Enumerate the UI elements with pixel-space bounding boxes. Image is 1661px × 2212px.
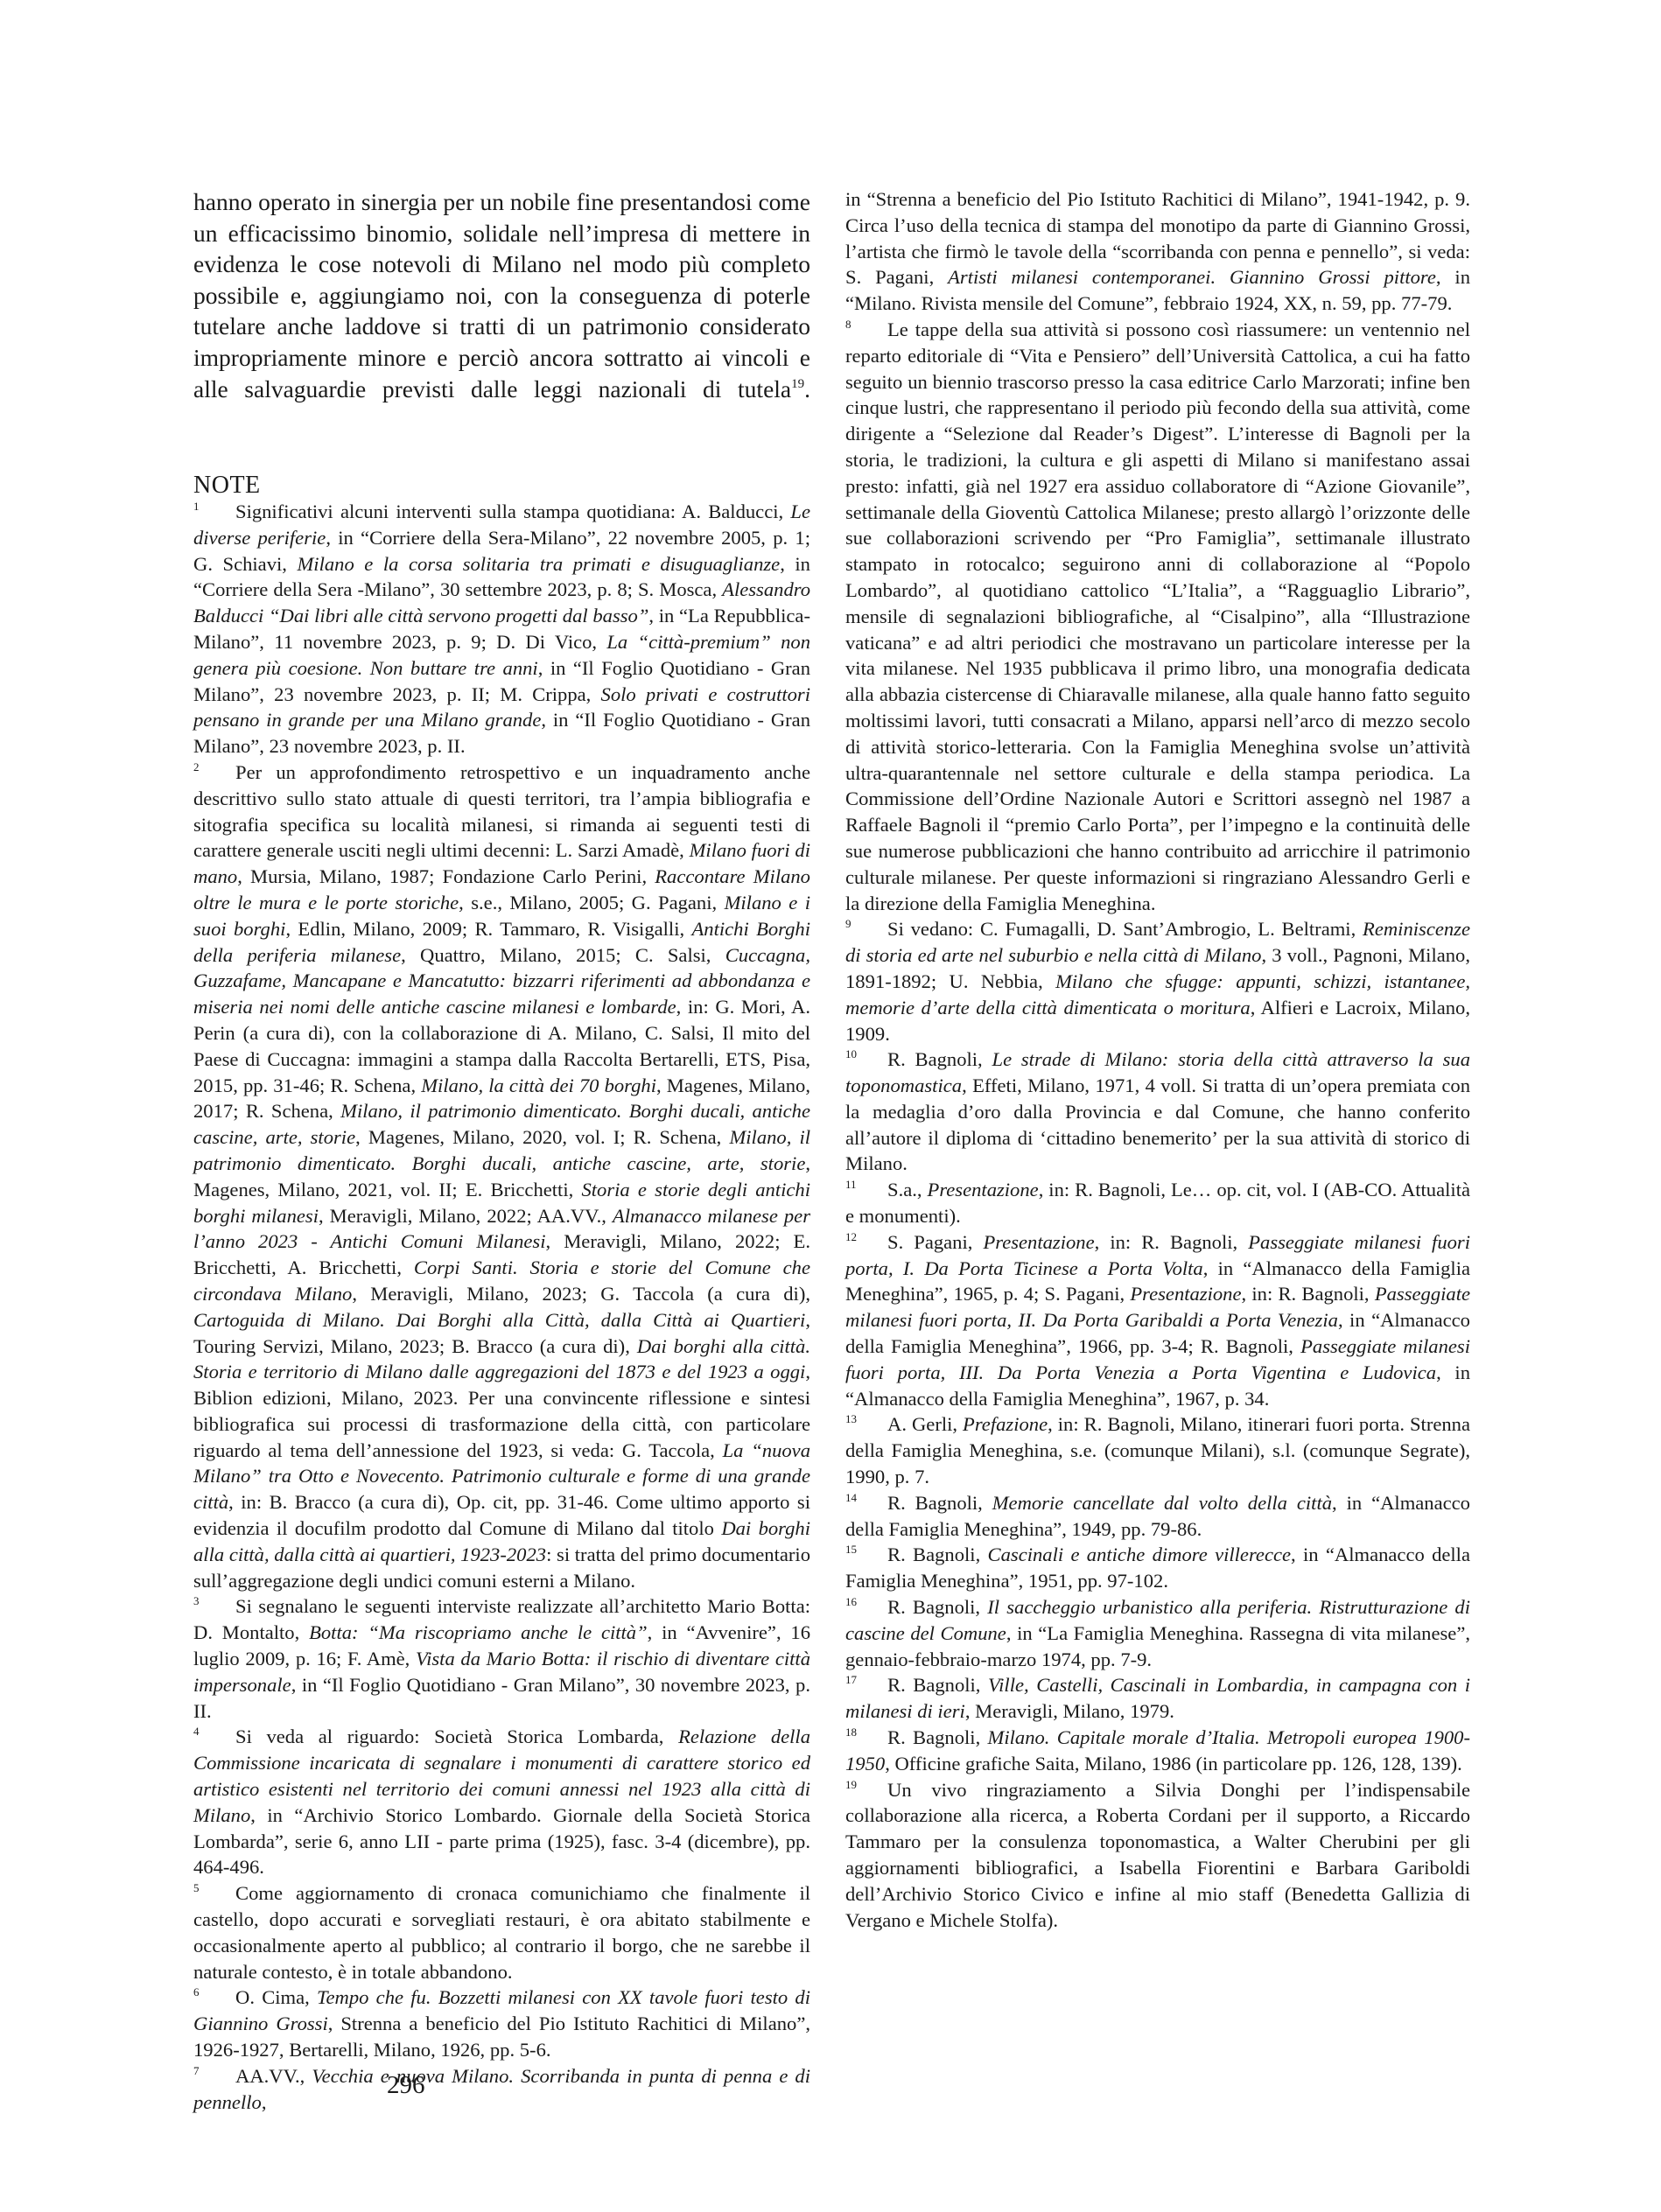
footnote-text: R. Bagnoli,: [887, 1492, 992, 1514]
footnote-item: 13A. Gerli, Prefazione, in: R. Bagnoli, …: [845, 1411, 1470, 1489]
notes-heading: NOTE: [193, 472, 261, 499]
body-paragraph-end: .: [804, 375, 810, 402]
footnote-text: , in: B. Bracco (a cura di), Op. cit, pp…: [193, 1491, 810, 1539]
footnote-item: 8Le tappe della sua attività si possono …: [845, 317, 1470, 916]
footnote-text: AA.VV.,: [235, 2065, 312, 2087]
footnote-item: 7AA.VV., Vecchia e nuova Milano. Scorrib…: [193, 2063, 810, 2116]
footnote-text: R. Bagnoli,: [887, 1596, 987, 1618]
footnote-text: , in: R. Bagnoli,: [1095, 1231, 1249, 1253]
footnote-text: , Meravigli, Milano, 2022; AA.VV.,: [319, 1205, 613, 1227]
page-number: 296: [387, 2071, 425, 2099]
footnote-text: R. Bagnoli,: [887, 1726, 988, 1748]
footnote-item: 5Come aggiornamento di cronaca comunichi…: [193, 1880, 810, 1984]
footnote-text: S. Pagani,: [887, 1231, 983, 1253]
footnote-item: in “Strenna a beneficio del Pio Istituto…: [845, 186, 1470, 317]
footnote-text: R. Bagnoli,: [887, 1543, 988, 1565]
footnote-title: Cascinali e antiche dimore villerecce: [988, 1543, 1292, 1565]
footnote-title: Presentazione: [1130, 1283, 1241, 1305]
body-paragraph-text: hanno operato in sinergia per un nobile …: [193, 188, 810, 402]
footnote-item: 12S. Pagani, Presentazione, in: R. Bagno…: [845, 1229, 1470, 1412]
footnote-title: Memorie cancellate dal volto della città: [992, 1492, 1332, 1514]
footnote-item: 17R. Bagnoli, Ville, Castelli, Cascinali…: [845, 1672, 1470, 1725]
footnote-item: 4Si veda al riguardo: Società Storica Lo…: [193, 1724, 810, 1880]
footnote-text: , Edlin, Milano, 2009; R. Tammaro, R. Vi…: [285, 918, 691, 940]
footnote-text: R. Bagnoli,: [887, 1674, 988, 1696]
footnote-item: 19Un vivo ringraziamento a Silvia Donghi…: [845, 1777, 1470, 1934]
footnote-text: , Mursia, Milano, 1987; Fondazione Carlo…: [237, 865, 655, 887]
footnote-title: Milano, la città dei 70 borghi: [421, 1074, 656, 1096]
footnote-text: Un vivo ringraziamento a Silvia Donghi p…: [845, 1779, 1470, 1931]
body-paragraph: hanno operato in sinergia per un nobile …: [193, 186, 810, 404]
footnote-text: , s.e., Milano, 2005; G. Pagani,: [459, 892, 724, 913]
footnote-text: , Magenes, Milano, 2020, vol. I; R. Sche…: [355, 1126, 729, 1148]
footnote-item: 6O. Cima, Tempo che fu. Bozzetti milanes…: [193, 1984, 810, 2062]
footnote-text: O. Cima,: [235, 1986, 317, 2008]
footnote-title: Botta: “Ma riscopriamo anche le città”: [309, 1621, 648, 1643]
footnote-text: Significativi alcuni interventi sulla st…: [235, 500, 790, 522]
footnote-text: A. Gerli,: [887, 1413, 963, 1435]
footnote-title: Milano e la corsa solitaria tra primati …: [297, 553, 780, 575]
footnote-text: S.a.,: [887, 1179, 928, 1200]
footnote-text: , in: R. Bagnoli,: [1242, 1283, 1375, 1305]
footnote-text: , Meravigli, Milano, 1979.: [965, 1700, 1174, 1722]
footnote-item: 2Per un approfondimento retrospettivo e …: [193, 759, 810, 1594]
footnote-text: Si vedano: C. Fumagalli, D. Sant’Ambrogi…: [887, 918, 1363, 940]
footnote-title: Artisti milanesi contemporanei. Giannino…: [948, 266, 1436, 288]
footnote-text: Le tappe della sua attività si possono c…: [845, 318, 1470, 914]
notes-list-right: in “Strenna a beneficio del Pio Istituto…: [845, 186, 1470, 1933]
footnote-text: Si veda al riguardo: Società Storica Lom…: [235, 1725, 678, 1747]
footnote-item: 11S.a., Presentazione, in: R. Bagnoli, L…: [845, 1177, 1470, 1229]
footnote-item: 16R. Bagnoli, Il saccheggio urbanistico …: [845, 1594, 1470, 1672]
footnote-text: R. Bagnoli,: [887, 1048, 992, 1070]
footnote-text: , Quattro, Milano, 2015; C. Salsi,: [401, 944, 725, 966]
footnote-item: 18R. Bagnoli, Milano. Capitale morale d’…: [845, 1725, 1470, 1777]
footnote-title: Presentazione: [983, 1231, 1094, 1253]
footnote-title: Prefazione: [963, 1413, 1048, 1435]
footnote-text: , Meravigli, Milano, 2023; G. Taccola (a…: [352, 1283, 810, 1305]
footnote-item: 9Si vedano: C. Fumagalli, D. Sant’Ambrog…: [845, 916, 1470, 1046]
footnote-item: 1Significativi alcuni interventi sulla s…: [193, 499, 810, 759]
notes-list-left: 1Significativi alcuni interventi sulla s…: [193, 499, 810, 2115]
footnote-title: Presentazione: [928, 1179, 1039, 1200]
footnote-reference[interactable]: 19: [791, 377, 804, 391]
footnote-item: 15R. Bagnoli, Cascinali e antiche dimore…: [845, 1542, 1470, 1594]
footnote-text: , Officine grafiche Saita, Milano, 1986 …: [885, 1753, 1462, 1774]
footnote-text: ,: [262, 2091, 267, 2113]
footnote-text: , in “Archivio Storico Lombardo. Giornal…: [193, 1804, 810, 1879]
footnote-title: Cartoguida di Milano. Dai Borghi alla Ci…: [193, 1309, 805, 1331]
footnote-item: 3Si segnalano le seguenti interviste rea…: [193, 1593, 810, 1724]
footnote-text: Come aggiornamento di cronaca comunichia…: [193, 1882, 810, 1982]
footnote-item: 14R. Bagnoli, Memorie cancellate dal vol…: [845, 1490, 1470, 1543]
footnote-item: 10R. Bagnoli, Le strade di Milano: stori…: [845, 1046, 1470, 1177]
